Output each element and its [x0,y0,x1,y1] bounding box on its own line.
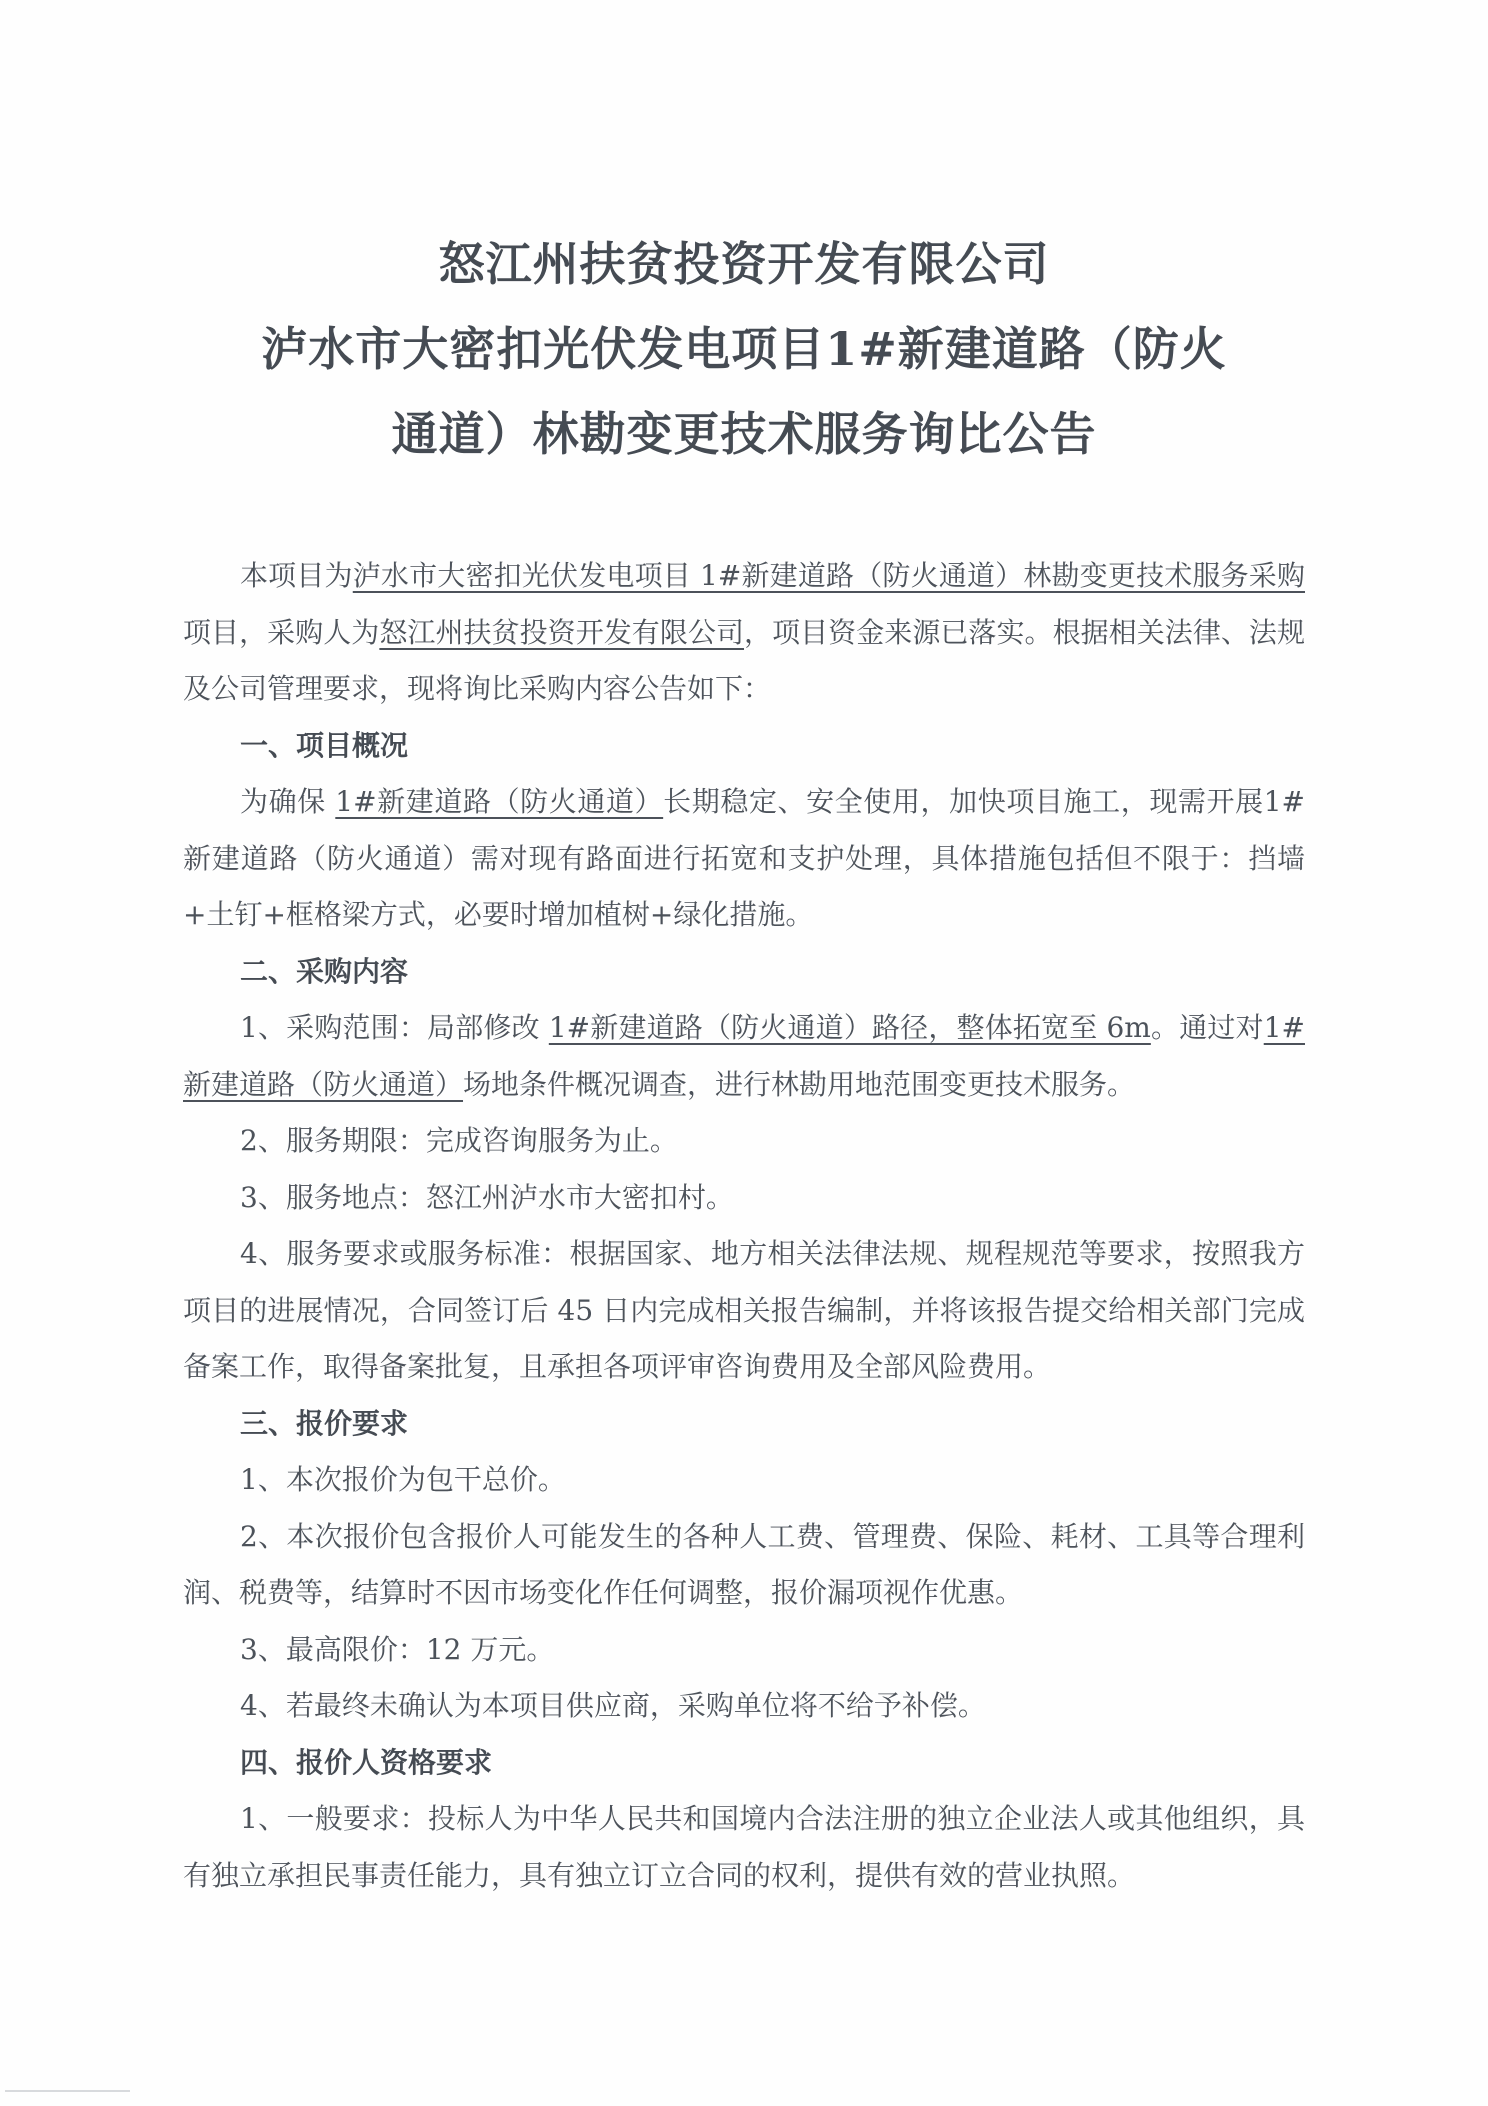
quotation-item-4: 4、若最终未确认为本项目供应商，采购单位将不给予补偿。 [183,1678,1305,1735]
section-heading-quotation: 三、报价要求 [183,1396,1305,1453]
service-period-paragraph: 2、服务期限：完成咨询服务为止。 [183,1113,1305,1170]
section-heading-procurement-content: 二、采购内容 [183,944,1305,1001]
project-name: 泸水市大密扣光伏发电项目 1#新建道路（防火通道）林勘变更技术服务采购 [353,559,1305,592]
section-heading-qualification: 四、报价人资格要求 [183,1735,1305,1792]
document-page: 怒江州扶贫投资开发有限公司 泸水市大密扣光伏发电项目1#新建道路（防火 通道）林… [0,0,1488,2106]
scope-text-3: 场地条件概况调查，进行林勘用地范围变更技术服务。 [463,1068,1135,1101]
intro-text-2: 项目，采购人为 [183,616,379,649]
title-line-project: 泸水市大密扣光伏发电项目1#新建道路（防火 [180,307,1308,392]
purchaser-name: 怒江州扶贫投资开发有限公司 [379,616,744,649]
scope-road-path: 1#新建道路（防火通道）路径，整体拓宽至 6m [549,1011,1151,1044]
procurement-scope-paragraph: 1、采购范围：局部修改 1#新建道路（防火通道）路径，整体拓宽至 6m。通过对1… [183,1000,1305,1113]
overview-paragraph: 为确保 1#新建道路（防火通道）长期稳定、安全使用，加快项目施工，现需开展1#新… [183,774,1305,944]
scope-text-2: 。通过对 [1151,1011,1264,1044]
scope-text-1: 1、采购范围：局部修改 [240,1011,549,1044]
section-heading-overview: 一、项目概况 [183,718,1305,775]
quotation-item-1: 1、本次报价为包干总价。 [183,1452,1305,1509]
scan-artifact-line [5,2090,130,2092]
intro-text-1: 本项目为 [240,559,353,592]
title-line-notice: 通道）林勘变更技术服务询比公告 [180,392,1308,477]
document-body: 本项目为泸水市大密扣光伏发电项目 1#新建道路（防火通道）林勘变更技术服务采购项… [183,548,1305,1904]
quotation-item-2: 2、本次报价包含报价人可能发生的各种人工费、管理费、保险、耗材、工具等合理利润、… [183,1509,1305,1622]
intro-paragraph: 本项目为泸水市大密扣光伏发电项目 1#新建道路（防火通道）林勘变更技术服务采购项… [183,548,1305,718]
service-standard-paragraph: 4、服务要求或服务标准：根据国家、地方相关法律法规、规程规范等要求，按照我方项目… [183,1226,1305,1396]
quotation-item-3: 3、最高限价：12 万元。 [183,1622,1305,1679]
qualification-item-1: 1、一般要求：投标人为中华人民共和国境内合法注册的独立企业法人或其他组织，具有独… [183,1791,1305,1904]
overview-text-1: 为确保 [240,785,335,818]
road-name: 1#新建道路（防火通道） [335,785,663,818]
document-title: 怒江州扶贫投资开发有限公司 泸水市大密扣光伏发电项目1#新建道路（防火 通道）林… [180,222,1308,477]
service-location-paragraph: 3、服务地点：怒江州泸水市大密扣村。 [183,1170,1305,1227]
title-line-company: 怒江州扶贫投资开发有限公司 [180,222,1308,307]
